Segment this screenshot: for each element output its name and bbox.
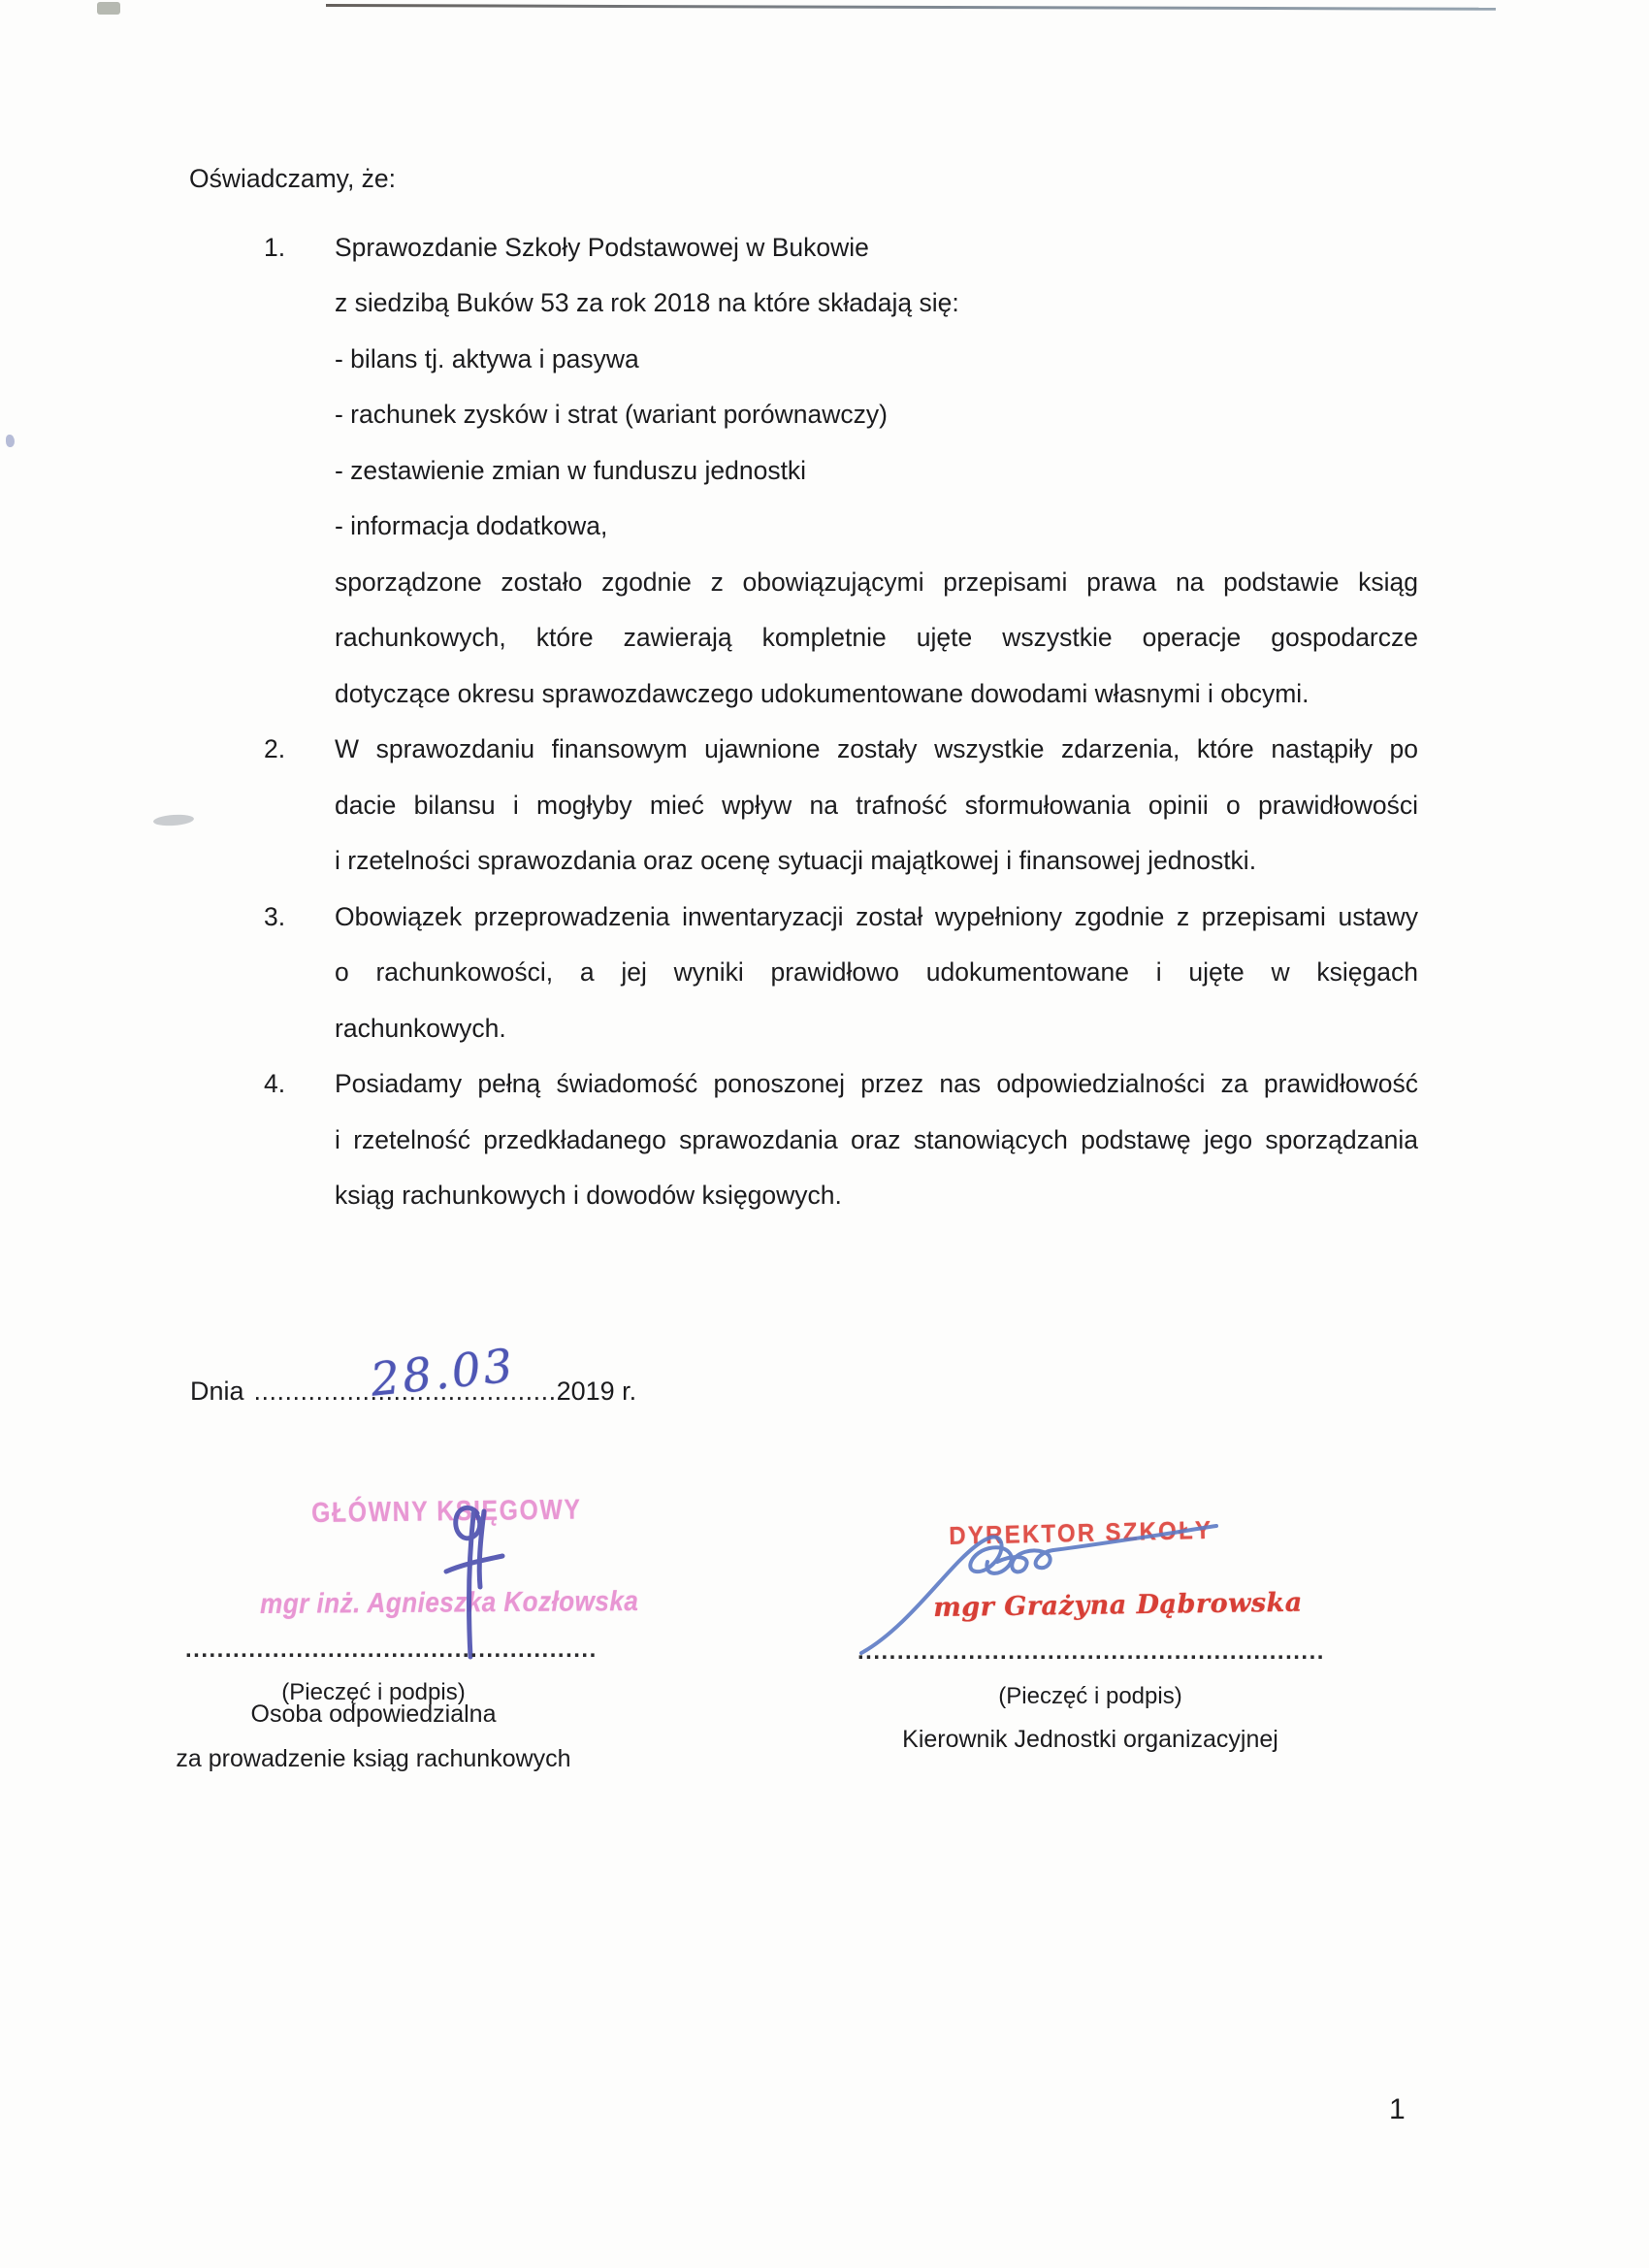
item-number: 2. xyxy=(264,722,285,778)
role-head-of-unit: Kierownik Jednostki organizacyjnej xyxy=(857,1726,1323,1754)
handwritten-signature-left xyxy=(431,1502,520,1667)
seal-and-signature-caption: (Pieczęć i podpis) xyxy=(857,1683,1323,1710)
item-number: 4. xyxy=(264,1056,285,1113)
text-line: z siedzibą Buków 53 za rok 2018 na które… xyxy=(335,275,1418,332)
numbered-list: 1. Sprawozdanie Szkoły Podstawowej w Buk… xyxy=(189,220,1418,1224)
handwritten-signature-right xyxy=(852,1515,1240,1663)
page-number: 1 xyxy=(1389,2093,1406,2126)
text-line: i rzetelność przedkładanego sprawozdania… xyxy=(335,1113,1418,1169)
text-line: - informacja dodatkowa, xyxy=(335,499,1418,555)
text-line: ksiąg rachunkowych i dowodów księgowych. xyxy=(335,1168,1418,1224)
text-line: Posiadamy pełną świadomość ponoszonej pr… xyxy=(335,1056,1418,1113)
list-item-4: 4. Posiadamy pełną świadomość ponoszonej… xyxy=(189,1056,1418,1224)
item-number: 3. xyxy=(264,890,285,946)
scan-artifact-smudge-left-margin xyxy=(153,814,195,827)
list-item-1: 1. Sprawozdanie Szkoły Podstawowej w Buk… xyxy=(189,220,1418,723)
text-line: rachunkowych, które zawierają kompletnie… xyxy=(335,610,1418,666)
scanned-document-page: Oświadczamy, że: 1. Sprawozdanie Szkoły … xyxy=(0,0,1649,2268)
text-line: Sprawozdanie Szkoły Podstawowej w Bukowi… xyxy=(335,220,1418,276)
scan-artifact-tick-left-edge xyxy=(6,435,15,447)
role-responsible-person: Osoba odpowiedzialna xyxy=(165,1701,582,1729)
intro-text: Oświadczamy, że: xyxy=(189,151,1418,208)
date-year: 2019 r. xyxy=(557,1377,637,1406)
date-prefix: Dnia xyxy=(190,1377,244,1406)
signature-dotted-line-left: ........................................… xyxy=(185,1643,598,1661)
text-line: - rachunek zysków i strat (wariant porów… xyxy=(335,387,1418,443)
scan-artifact-smudge-top-left xyxy=(97,2,120,15)
list-item-2: 2. W sprawozdaniu finansowym ujawnione z… xyxy=(189,722,1418,890)
list-item-3: 3. Obowiązek przeprowadzenia inwentaryza… xyxy=(189,890,1418,1057)
text-line: - zestawienie zmian w funduszu jednostki xyxy=(335,443,1418,500)
scan-artifact-top-line xyxy=(326,4,1496,11)
text-line: i rzetelności sprawozdania oraz ocenę sy… xyxy=(335,833,1418,890)
text-line: dacie bilansu i mogłyby mieć wpływ na tr… xyxy=(335,778,1418,834)
item-number: 1. xyxy=(264,220,285,276)
text-line: - bilans tj. aktywa i pasywa xyxy=(335,332,1418,388)
text-line: W sprawozdaniu finansowym ujawnione zost… xyxy=(335,722,1418,778)
role-responsible-person-line2: za prowadzenie ksiąg rachunkowych xyxy=(165,1745,582,1773)
text-line: rachunkowych. xyxy=(335,1001,1418,1057)
text-line: sporządzone zostało zgodnie z obowiązują… xyxy=(335,555,1418,611)
text-line: Obowiązek przeprowadzenia inwentaryzacji… xyxy=(335,890,1418,946)
signature-dotted-line-right: ........................................… xyxy=(857,1645,1323,1663)
declaration-body: Oświadczamy, że: 1. Sprawozdanie Szkoły … xyxy=(189,151,1418,1224)
seal-and-signature-caption: (Pieczęć i podpis) xyxy=(165,1679,582,1706)
text-line: o rachunkowości, a jej wyniki prawidłowo… xyxy=(335,945,1418,1001)
text-line: dotyczące okresu sprawozdawczego udokume… xyxy=(335,666,1418,723)
